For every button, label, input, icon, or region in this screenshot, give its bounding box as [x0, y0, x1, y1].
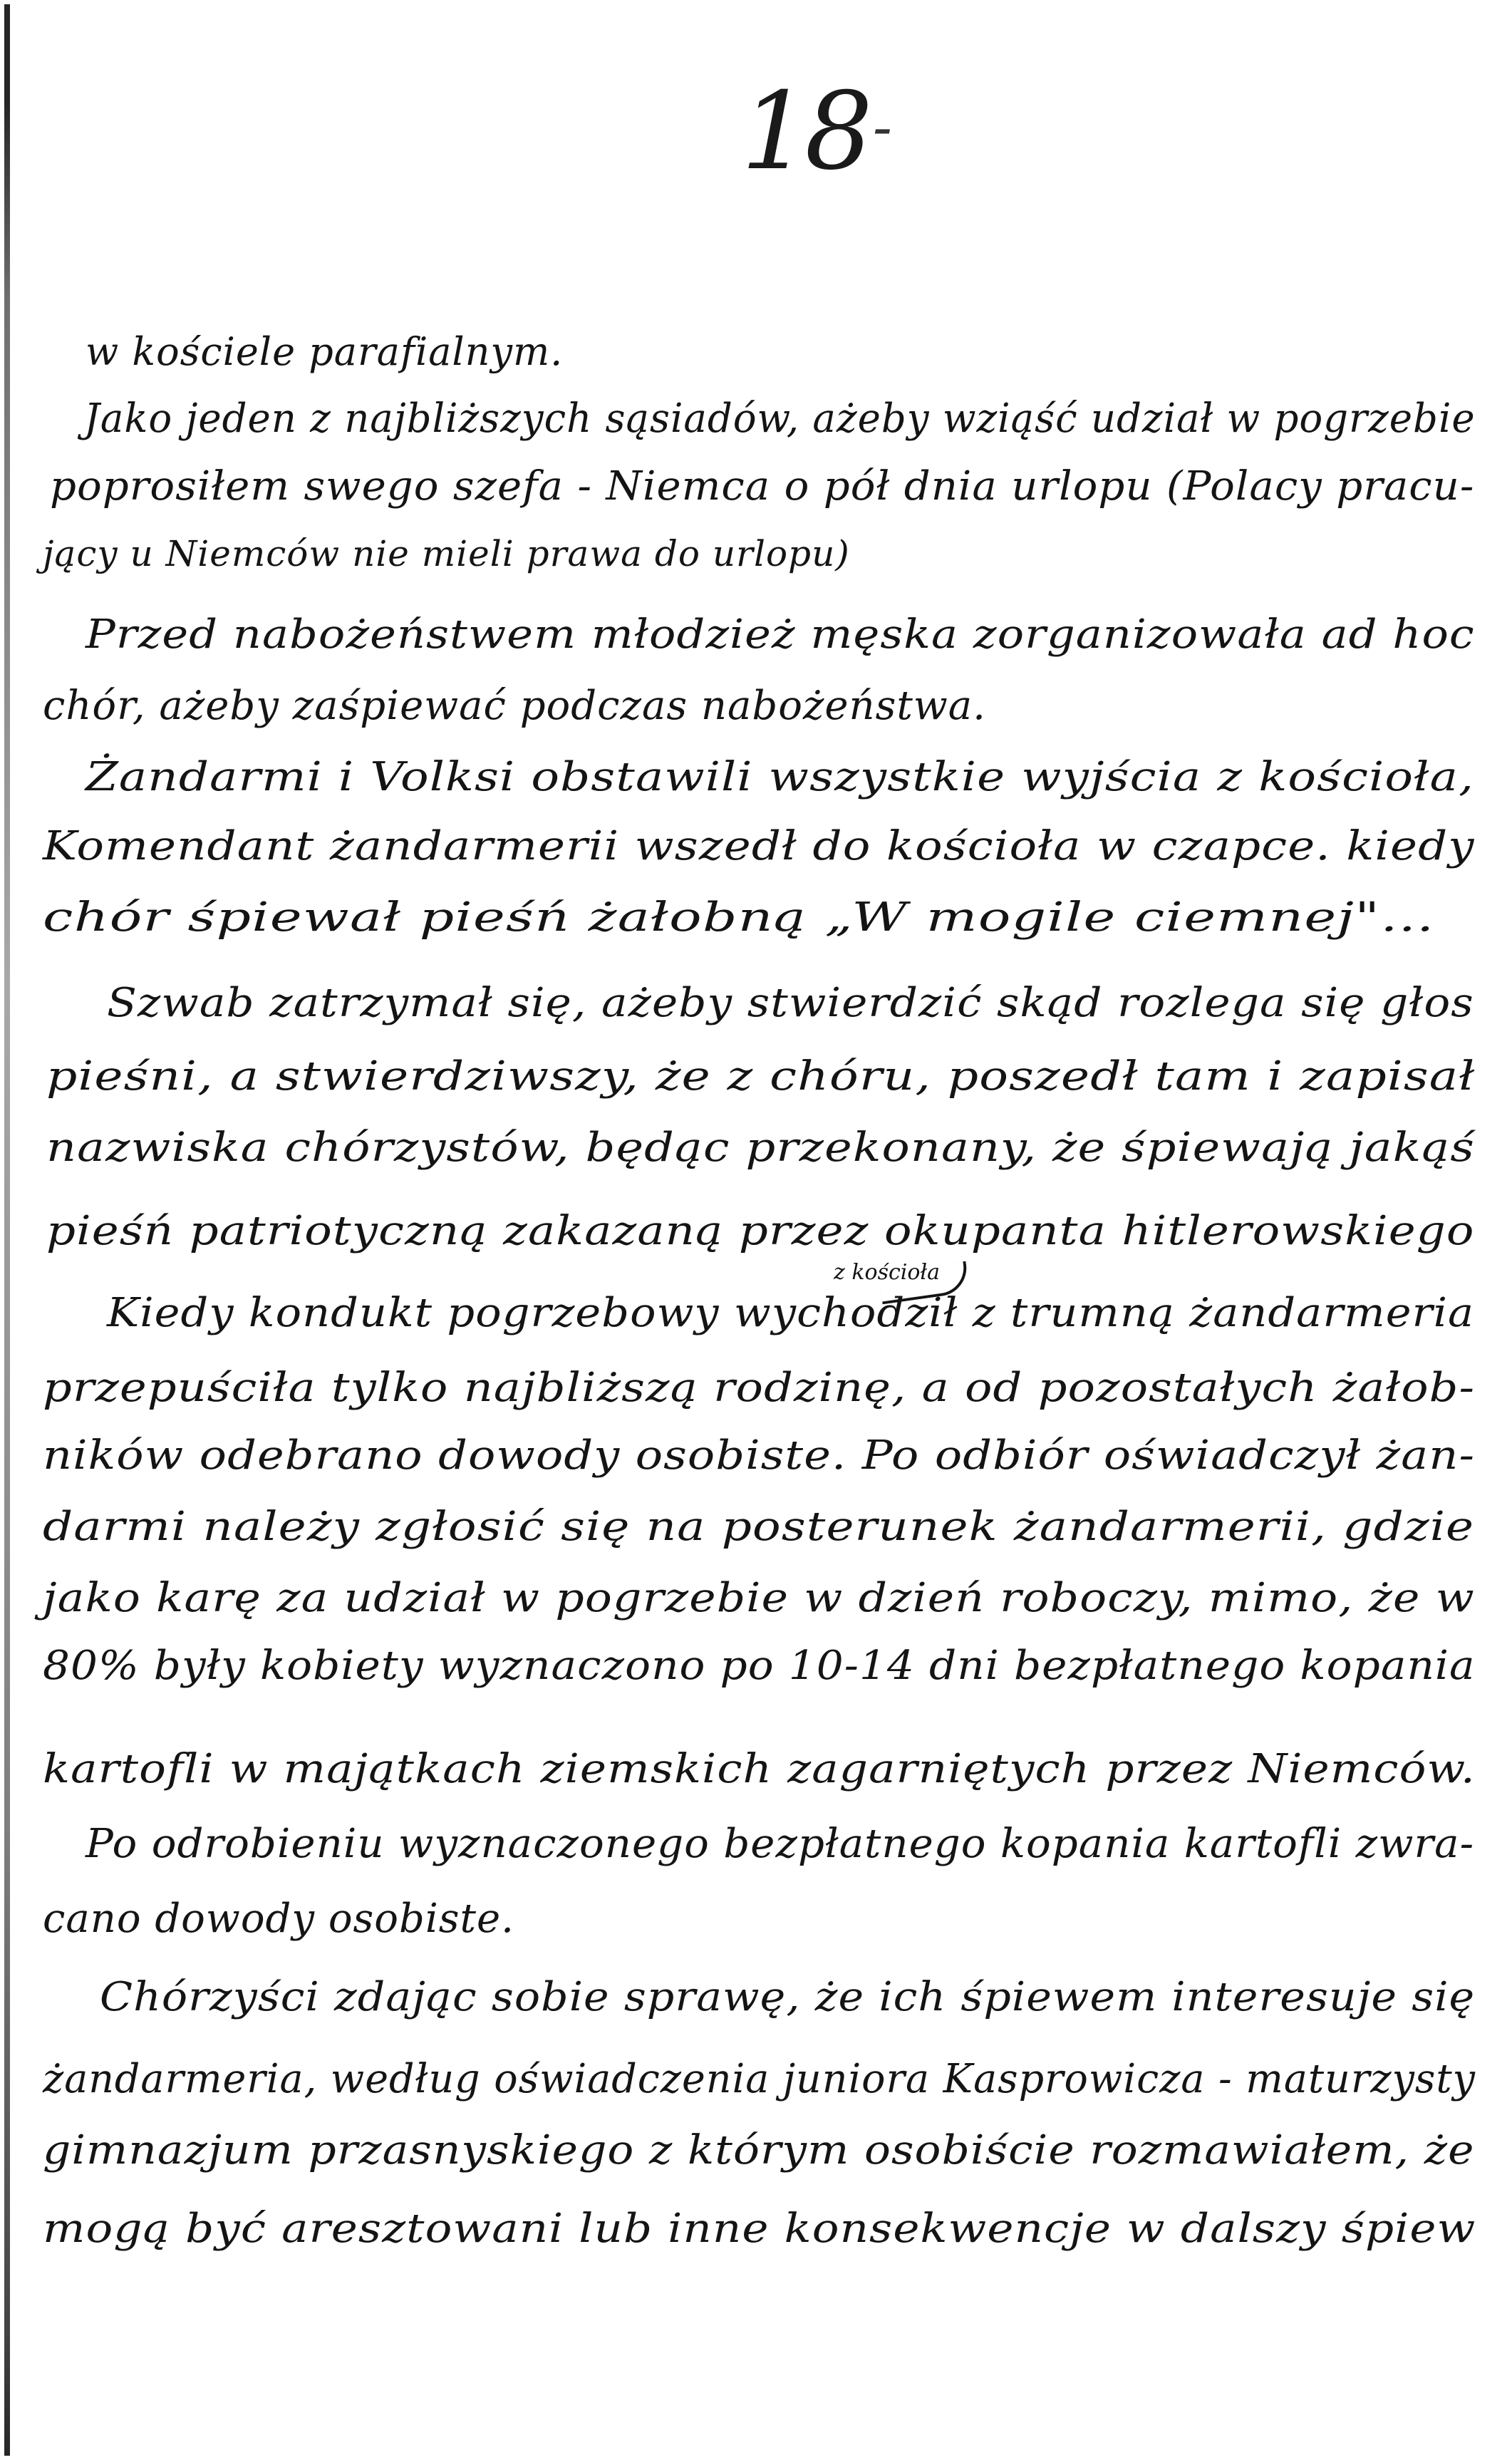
text-line: Komendant żandarmerii wszedł do kościoła…	[43, 823, 1475, 869]
text-line: Kiedy kondukt pogrzebowy wychodził z tru…	[107, 1290, 1474, 1336]
text-line: cano dowody osobiste.	[43, 1896, 514, 1942]
handwritten-text-body: w kościele parafialnym. Jako jeden z naj…	[0, 0, 1512, 2460]
text-line: Jako jeden z najbliższych sąsiadów, ażeb…	[84, 396, 1476, 442]
text-line: kartofli w majątkach ziemskich zagarnięt…	[43, 1746, 1476, 1792]
text-line: chór, ażeby zaśpiewać podczas nabożeństw…	[43, 683, 986, 729]
text-line: Szwab zatrzymał się, ażeby stwierdzić sk…	[107, 980, 1474, 1026]
text-line: Chórzyści zdając sobie sprawę, że ich śp…	[100, 1974, 1475, 2020]
text-line: Przed nabożeństwem młodzież męska zorgan…	[86, 611, 1475, 658]
text-line: pieśń patriotyczną zakazaną przez okupan…	[46, 1208, 1475, 1254]
text-line: Po odrobieniu wyznaczonego bezpłatnego k…	[86, 1821, 1474, 1867]
text-line: chór śpiewał pieśń żałobną „W mogile cie…	[43, 894, 1435, 941]
text-line: Żandarmi i Volksi obstawili wszystkie wy…	[86, 754, 1474, 800]
text-line: przepuściła tylko najbliższą rodzinę, a …	[43, 1365, 1475, 1411]
text-line: ników odebrano dowody osobiste. Po odbió…	[43, 1432, 1475, 1479]
text-line: gimnazjum przasnyskiego z którym osobiśc…	[43, 2127, 1475, 2174]
text-line: w kościele parafialnym.	[86, 329, 563, 374]
text-line: 80% były kobiety wyznaczono po 10-14 dni…	[43, 1643, 1476, 1689]
text-line: mogą być aresztowani lub inne konsekwenc…	[43, 2206, 1476, 2252]
text-line: jący u Niemców nie mieli prawa do urlopu…	[43, 533, 850, 574]
text-line: żandarmeria, według oświadczenia juniora…	[43, 2056, 1476, 2102]
text-line: jako karę za udział w pogrzebie w dzień …	[43, 1575, 1475, 1621]
text-line: poprosiłem swego szefa - Niemca o pół dn…	[50, 463, 1474, 510]
text-line: nazwiska chórzystów, będąc przekonany, ż…	[46, 1125, 1475, 1171]
text-line: pieśni, a stwierdziwszy, że z chóru, pos…	[46, 1053, 1475, 1100]
text-line: darmi należy zgłosić się na posterunek ż…	[43, 1504, 1474, 1550]
